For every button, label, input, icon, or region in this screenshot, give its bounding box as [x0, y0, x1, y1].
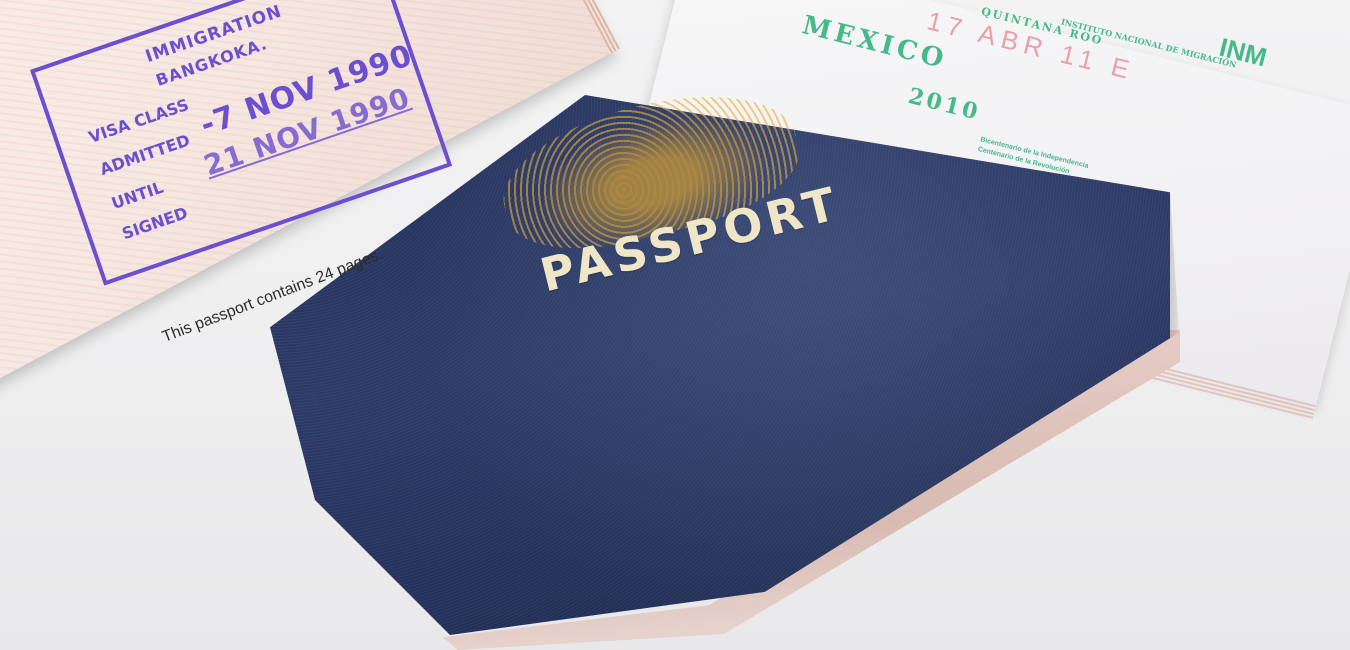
passport-photo: QUINTANA ROO INSTITUTO NACIONAL DE MIGRA…	[0, 0, 1350, 650]
stamp-until-label: UNTIL	[109, 178, 166, 213]
mexico-stamp-year: 2010	[906, 83, 983, 126]
stamp-signed-label: SIGNED	[119, 203, 190, 243]
